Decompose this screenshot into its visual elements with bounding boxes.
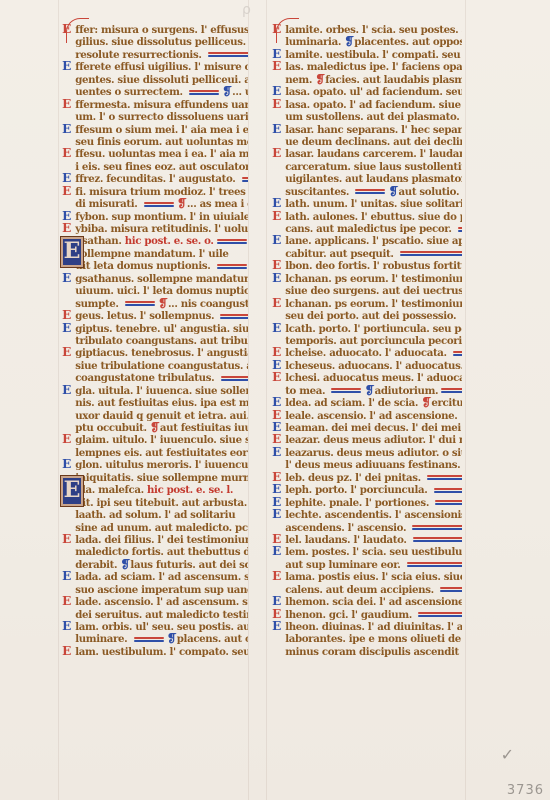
line-text: lasar. hanc separans. l' hec separato. s…: [282, 124, 462, 136]
text-line: E lheon. diuinas. l' ad diuinitas. l' ad: [272, 621, 462, 633]
line-filler-decoration: [453, 351, 462, 356]
text-line: E lcath. porto. l' portiuncula. seu port…: [272, 323, 462, 335]
initial-letter: E: [272, 372, 281, 383]
line-filler-decoration: [217, 239, 247, 244]
initial-letter: E: [62, 459, 71, 470]
initial-letter: E: [62, 211, 71, 222]
line-text: gla. uitula. l' iuuenca. siue sollemp: [72, 385, 248, 397]
illuminated-initial: E: [60, 236, 84, 268]
line-text: lel. laudans. l' laudato.: [282, 534, 410, 546]
line-text: glaim. uitulo. l' iuuenculo. siue sol: [72, 434, 248, 446]
paragraph-mark: ❡: [389, 186, 398, 197]
line-text: calens. aut deum accipiens.: [282, 584, 437, 596]
line-text: seu dei porto. aut dei possessio.: [282, 310, 459, 322]
text-line: E giptus. tenebre. ul' angustia. siue: [62, 323, 248, 335]
line-text: ffesum o sium mei. l' aia mea i ea: [72, 124, 248, 136]
text-line: E lane. applicans. l' pscatio. siue appl…: [272, 235, 462, 247]
line-text: lama. postis eius. l' scia eius. siue as: [282, 571, 462, 583]
line-filler-decoration: [208, 52, 248, 57]
line-text: cabitur. aut psequit.: [282, 248, 397, 260]
line-text: leale. ascensio. l' ad ascensione.: [282, 410, 461, 422]
line-text: sollempne mandatum. l' uile: [72, 248, 229, 260]
text-line: E lade. ascensio. l' ad ascensum. siue: [62, 596, 248, 608]
line-filler-decoration: [440, 587, 462, 592]
line-text: leaman. dei mei decus. l' dei mei pt: [282, 422, 462, 434]
initial-letter: E: [62, 646, 71, 657]
text-line: E lhemon. scia dei. l' ad ascensione.: [272, 596, 462, 608]
ruling-line: [248, 0, 249, 800]
line-filler-decoration: [217, 264, 247, 269]
initial-letter: E: [62, 310, 71, 321]
text-line: aut sup luminare eor.: [272, 559, 462, 571]
paragraph-mark: ❡: [150, 422, 159, 433]
line-text-continued: ❡laus futuris. aut dei scia.: [120, 559, 248, 571]
text-line: gsathan. hic post. e. se. o.: [62, 235, 248, 247]
initial-letter: E: [272, 596, 281, 607]
illuminated-initial: E: [60, 475, 84, 507]
text-line: laath. ad solum. l' ad solitariu: [62, 509, 248, 521]
paragraph-mark: ❡: [177, 198, 186, 209]
text-line: resolute resurrectionis.: [62, 49, 248, 61]
line-text: fi. misura trium modioz. l' trees mo: [72, 186, 248, 198]
rubric: hic post. e. se. l.: [147, 484, 233, 496]
text-line: i eis. seu fines eoz. aut osculatores me…: [62, 161, 248, 173]
line-text: ldea. ad sciam. l' de scia.: [282, 397, 421, 409]
text-line: E lam. uestibulum. l' compato. seu des: [62, 646, 248, 658]
line-filler-decoration: [434, 488, 462, 493]
line-text: lem. postes. l' scia. seu uestibulum: [282, 546, 462, 558]
line-text: i eis. seu fines eoz. aut osculatores me…: [72, 161, 248, 173]
line-text-continued: ❡... uiea.: [219, 86, 248, 98]
line-text: di misurati.: [72, 198, 141, 210]
line-text: gilius. siue dissolutus pelliceus. aut: [72, 36, 248, 48]
line-text: minus coram discipulis ascendit i celu.: [282, 646, 462, 658]
text-line: ascendens. l' ascensio.: [272, 522, 462, 534]
initial-letter: E: [272, 86, 281, 97]
line-text: cans. aut maledictus ipe pecor.: [282, 223, 455, 235]
line-text: lasar. laudans carcerem. l' laudans: [282, 148, 462, 160]
text-line: E lchesi. aduocatus meus. l' aduoca: [272, 372, 462, 384]
line-text: giptiacus. tenebrosus. l' angustiat: [72, 347, 248, 359]
text-line: E lam. orbis. ul' seu. seu postis. aut s…: [62, 621, 248, 633]
line-text: ffesu. uoluntas mea i ea. l' aia mea: [72, 148, 248, 160]
line-text: lephite. pnale. l' portiones.: [282, 497, 432, 509]
text-line: E ybiba. misura retitudinis. l' uolun: [62, 223, 248, 235]
text-line: E fferete effusi uigilius. l' misure o s…: [62, 61, 248, 73]
initial-letter: E: [272, 360, 281, 371]
line-text-continued: ❡placentes. aut oppositi.: [344, 36, 462, 48]
manuscript-leaf: ρ E ffer: misura o surgens. l' effusus u…: [0, 0, 550, 800]
text-line: to mea. ❡adiutorium.: [272, 385, 462, 397]
text-line: di misurati. ❡... as mea i ea.: [62, 198, 248, 210]
line-text-continued: ❡aut festiuitas iuui.: [150, 422, 248, 434]
text-line: E ffrez. fecunditas. l' augustato.: [62, 173, 248, 185]
text-line: luminaria. ❡placentes. aut oppositi.: [272, 36, 462, 48]
line-text: um sustollens. aut dei plasmato.: [282, 111, 462, 123]
initial-letter: E: [62, 223, 71, 234]
line-text: ffermesta. misura effundens uari: [72, 99, 248, 111]
text-line: uigilantes. aut laudans plasmatores: [272, 173, 462, 185]
line-text-continued: ❡adiutorium.: [361, 385, 438, 397]
initial-letter: E: [62, 434, 71, 445]
line-text: lempnes eis. aut festiuitates eorum.: [72, 447, 248, 459]
text-line: sumpte. ❡... nis coangustato.: [62, 298, 248, 310]
text-line: E lamite. uestibula. l' compati. seu des: [272, 49, 462, 61]
text-line: calens. aut deum accipiens.: [272, 584, 462, 596]
initial-letter: E: [272, 472, 281, 483]
text-line: E gsathanus. sollempne mandatum: [62, 273, 248, 285]
text-line: E fi. misura trium modioz. l' trees mo: [62, 186, 248, 198]
initial-letter: E: [272, 99, 281, 110]
line-text-continued: ❡... nis coangustato.: [155, 298, 248, 310]
line-text: lheon. diuinas. l' ad diuinitas. l' ad: [282, 621, 462, 633]
initial-letter: E: [272, 609, 281, 620]
line-text: lechte. ascendentis. l' ascensionis. su: [282, 509, 462, 521]
line-filler-decoration: [441, 388, 462, 393]
line-text: lhemon. scia dei. l' ad ascensione.: [282, 596, 462, 608]
line-text: aut sup luminare eor.: [282, 559, 404, 571]
line-filler-decoration: [221, 376, 249, 381]
initial-letter: E: [62, 61, 71, 72]
line-text: lbon. deo fortis. l' robustus fortitudie…: [282, 260, 462, 272]
line-text: luminare.: [72, 633, 131, 645]
ascender-flourish: [276, 18, 299, 43]
text-line: E lephite. pnale. l' portiones.: [272, 497, 462, 509]
line-text: dei seruitus. aut maledicto testimoniu.: [72, 609, 248, 621]
text-line: E lama. postis eius. l' scia eius. siue …: [272, 571, 462, 583]
initial-letter: E: [62, 323, 71, 334]
line-text: nis. aut festiuitas eius. ipa est michol…: [72, 397, 248, 409]
line-text: fybon. sup montium. l' in uiuiale: [72, 211, 248, 223]
line-text: geus. letus. l' sollempnus.: [72, 310, 217, 322]
text-line: l' deus meus adiuuans festinans.: [272, 459, 462, 471]
line-filler-decoration: [400, 251, 462, 256]
line-text: ffrez. fecunditas. l' augustato.: [72, 173, 239, 185]
text-line: uiuum. uici. l' leta domus nuptionis af: [62, 285, 248, 297]
initial-letter: E: [62, 186, 71, 197]
text-line: E lel. laudans. l' laudato.: [272, 534, 462, 546]
initial-letter: E: [272, 397, 281, 408]
initial-letter: E: [272, 323, 281, 334]
line-text: sumpte.: [72, 298, 122, 310]
line-text: derabit.: [72, 559, 120, 571]
initial-letter: E: [62, 347, 71, 358]
text-line: E ffesu. uoluntas mea i ea. l' aia mea: [62, 148, 248, 160]
text-line: E ffesum o sium mei. l' aia mea i ea: [62, 124, 248, 136]
text-line: sine ad unum. aut maledicto. pci.: [62, 522, 248, 534]
right-column: E lamite. orbes. l' scia. seu postes. au…: [272, 24, 462, 658]
paragraph-mark: ❡: [222, 86, 231, 97]
line-text: uxor dauid q genuit et ietra. aui. cui: [72, 410, 248, 422]
paragraph-mark: ❡: [421, 397, 430, 408]
text-line: nem. ❡facies. aut laudabis plasmato.: [272, 74, 462, 86]
line-text: l' deus meus adiuuans festinans.: [282, 459, 462, 471]
initial-letter: E: [272, 484, 281, 495]
line-filler-decoration: [412, 525, 462, 530]
line-text: gentes. siue dissoluti pelliceui. aut re…: [72, 74, 248, 86]
line-text: nem.: [282, 74, 315, 86]
text-line: sollempne mandatum. l' uile: [62, 248, 248, 260]
text-line: E leaman. dei mei decus. l' dei mei pt: [272, 422, 462, 434]
line-text: coangustatone tribulatus.: [72, 372, 218, 384]
line-text: suo ascione imperatum sup uanc.: [72, 584, 248, 596]
ruling-line: [266, 0, 267, 800]
line-text: uit leta domus nuptionis.: [72, 260, 214, 272]
text-line: E leazar. deus meus adiutor. l' dui mei: [272, 434, 462, 446]
left-column: E ffer: misura o surgens. l' effusus ui …: [62, 24, 248, 658]
text-line: nis. aut festiuitas eius. ipa est michol…: [62, 397, 248, 409]
text-line: carceratum. siue laus sustollentium: [272, 161, 462, 173]
initial-letter: E: [272, 211, 281, 222]
text-line: E glon. uitulus meroris. l' iuuencus: [62, 459, 248, 471]
initial-letter: E: [62, 596, 71, 607]
line-text: lchanan. ps eorum. l' testimonium eoru.: [282, 298, 462, 310]
text-line: cans. aut maledictus ipe pecor.: [272, 223, 462, 235]
line-text: lada. ad sciam. l' ad ascensum. seu: [72, 571, 248, 583]
text-line: iniquitatis. siue sollempne murmur: [62, 472, 248, 484]
text-line: E ffer: misura o surgens. l' effusus ui: [62, 24, 248, 36]
line-filler-decoration: [242, 177, 248, 182]
text-line: temporis. aut porciuncula pecoris.: [272, 335, 462, 347]
line-text: lath. aulones. l' ebuttus. siue do per: [282, 211, 462, 223]
line-text: lasa. opato. l' ad faciendum. siue de: [282, 99, 462, 111]
ruling-line: [465, 0, 466, 800]
line-filler-decoration: [220, 314, 248, 319]
line-text: um. l' o surrecto dissoluens uarietate: [72, 111, 248, 123]
initial-letter: E: [272, 49, 281, 60]
initial-letter: E: [62, 534, 71, 545]
line-text-continued: ❡placens. aut opposito.: [164, 633, 248, 645]
initial-letter: E: [272, 621, 281, 632]
line-text: maledicto fortis. aut thebuttus dsi: [72, 546, 248, 558]
line-text: to mea.: [282, 385, 328, 397]
initial-letter: E: [62, 124, 71, 135]
initial-letter: E: [272, 124, 281, 135]
initial-letter: E: [272, 235, 281, 246]
text-line: E ffermesta. misura effundens uari: [62, 99, 248, 111]
text-line: um sustollens. aut dei plasmato.: [272, 111, 462, 123]
text-line: gilius. siue dissolutus pelliceus. aut: [62, 36, 248, 48]
line-text: glon. uitulus meroris. l' iuuencus: [72, 459, 248, 471]
line-text-continued: ❡facies. aut laudabis plasmato.: [315, 74, 462, 86]
initial-letter: E: [272, 546, 281, 557]
line-text: lcheseus. aduocans. l' aduocatus.: [282, 360, 462, 372]
line-text: lcheise. aduocato. l' aduocata.: [282, 347, 450, 359]
initial-letter: E: [272, 509, 281, 520]
line-text: lcath. porto. l' portiuncula. seu porto: [282, 323, 462, 335]
line-text: leazarus. deus meus adiutor. o siu: [282, 447, 462, 459]
initial-letter: E: [272, 260, 281, 271]
line-text-continued: ❡aut solutio.: [385, 186, 459, 198]
text-line: siue deo surgens. aut dei uectrus.: [272, 285, 462, 297]
pencil-check-mark: ✓: [501, 745, 514, 764]
text-line: uit leta domus nuptionis.: [62, 260, 248, 272]
initial-letter: E: [272, 347, 281, 358]
line-text: temporis. aut porciuncula pecoris.: [282, 335, 462, 347]
line-text: ue deum declinans. aut dei declinatio.: [282, 136, 462, 148]
text-line: cabitur. aut psequit.: [272, 248, 462, 260]
text-line: E lasar. laudans carcerem. l' laudans: [272, 148, 462, 160]
text-line: derabit. ❡laus futuris. aut dei scia.: [62, 559, 248, 571]
line-text: leb. deus pz. l' dei pnitas.: [282, 472, 424, 484]
text-line: E ldea. ad sciam. l' de scia. ❡ercitudo: [272, 397, 462, 409]
text-line: E lath. unum. l' unitas. siue solitarius…: [272, 198, 462, 210]
line-text: siue deo surgens. aut dei uectrus.: [282, 285, 462, 297]
line-filler-decoration: [413, 537, 462, 542]
line-text: gsathanus. sollempne mandatum: [72, 273, 248, 285]
line-text: lam. uestibulum. l' compato. seu des: [72, 646, 248, 658]
paragraph-mark: ❡: [158, 298, 167, 309]
line-text: resolute resurrectionis.: [72, 49, 205, 61]
text-line: laborantes. ipe e mons oliueti de q do: [272, 633, 462, 645]
line-text: iniquitatis. siue sollempne murmur: [72, 472, 248, 484]
paragraph-mark: ❡: [120, 559, 129, 570]
line-text: las. maledictus ipe. l' faciens opato: [282, 61, 462, 73]
text-line: coangustatone tribulatus.: [62, 372, 248, 384]
line-text: uit. ipi seu titebuit. aut arbusta.: [72, 497, 247, 509]
line-text: ptu occubuit.: [72, 422, 150, 434]
initial-letter: E: [272, 534, 281, 545]
initial-letter: E: [272, 273, 281, 284]
line-filler-decoration: [418, 612, 462, 617]
faint-mark: ρ: [242, 2, 251, 18]
line-filler-decoration: [458, 227, 462, 232]
line-text-continued: ❡ercitudo: [421, 397, 462, 409]
initial-letter: E: [62, 571, 71, 582]
text-line: luminare. ❡placens. aut opposito.: [62, 633, 248, 645]
line-text: lamite. orbes. l' scia. seu postes. aut …: [282, 24, 462, 36]
line-text: siue tribulatione coangustatus. aut: [72, 360, 248, 372]
line-text: leazar. deus meus adiutor. l' dui mei: [282, 434, 462, 446]
initial-letter: E: [272, 447, 281, 458]
text-line: um. l' o surrecto dissoluens uarietate: [62, 111, 248, 123]
paragraph-mark: ❡: [365, 385, 374, 396]
line-text: ascendens. l' ascensio.: [282, 522, 409, 534]
text-line: maledicto fortis. aut thebuttus dsi: [62, 546, 248, 558]
text-line: gla. malefca. hic post. e. se. l.: [62, 484, 248, 496]
text-line: dei seruitus. aut maledicto testimoniu.: [62, 609, 248, 621]
paragraph-mark: ❡: [167, 633, 176, 644]
line-filler-decoration: [427, 475, 462, 480]
text-line: E giptiacus. tenebrosus. l' angustiat: [62, 347, 248, 359]
initial-letter: E: [62, 173, 71, 184]
line-text: lane. applicans. l' pscatio. siue appli: [282, 235, 462, 247]
text-line: E lada. dei filius. l' dei testimonium. …: [62, 534, 248, 546]
line-text: seu finis eorum. aut uoluntas mea: [72, 136, 248, 148]
text-line: minus coram discipulis ascendit i celu.: [272, 646, 462, 658]
text-line: E leph. porto. l' porciuncula.: [272, 484, 462, 496]
text-line: E glaim. uitulo. l' iuuenculo. siue sol: [62, 434, 248, 446]
paragraph-mark: ❡: [315, 74, 324, 85]
initial-letter: E: [272, 198, 281, 209]
line-text: uigilantes. aut laudans plasmatores: [282, 173, 462, 185]
line-text: lade. ascensio. l' ad ascensum. siue: [72, 596, 248, 608]
initial-letter: E: [62, 273, 71, 284]
line-text: lasa. opato. ul' ad faciendum. seu laude: [282, 86, 462, 98]
text-line: E lasar. hanc separans. l' hec separato.…: [272, 124, 462, 136]
initial-letter: E: [272, 571, 281, 582]
text-line: E lechte. ascendentis. l' ascensionis. s…: [272, 509, 462, 521]
line-filler-decoration: [331, 388, 361, 393]
text-line: E geus. letus. l' sollempnus.: [62, 310, 248, 322]
text-line: tribulato coangustans. aut tribulato.: [62, 335, 248, 347]
line-text: tribulato coangustans. aut tribulato.: [72, 335, 248, 347]
initial-letter: E: [62, 385, 71, 396]
text-line: siue tribulatione coangustatus. aut: [62, 360, 248, 372]
text-line: E lada. ad sciam. l' ad ascensum. seu: [62, 571, 248, 583]
initial-letter: E: [272, 298, 281, 309]
paragraph-mark: ❡: [344, 36, 353, 47]
line-text: lchanan. ps eorum. l' testimonium eor: [282, 273, 462, 285]
line-text-continued: ❡... as mea i ea.: [174, 198, 248, 210]
initial-letter: E: [272, 61, 281, 72]
line-text: laath. ad solum. l' ad solitariu: [72, 509, 235, 521]
text-line: E lcheseus. aduocans. l' aduocatus.: [272, 360, 462, 372]
initial-letter: E: [272, 434, 281, 445]
text-line: E lbon. deo fortis. l' robustus fortitud…: [272, 260, 462, 272]
line-filler-decoration: [134, 637, 164, 642]
initial-letter: E: [62, 99, 71, 110]
text-line: E las. maledictus ipe. l' faciens opato: [272, 61, 462, 73]
text-line: E lem. postes. l' scia. seu uestibulum: [272, 546, 462, 558]
line-text: laborantes. ipe e mons oliueti de q do: [282, 633, 462, 645]
initial-letter: E: [62, 621, 71, 632]
line-text: suscitantes.: [282, 186, 352, 198]
text-line: E lchanan. ps eorum. l' testimonium eor: [272, 273, 462, 285]
pencil-shelfmark: 3736: [507, 783, 544, 798]
text-line: gentes. siue dissoluti pelliceui. aut re…: [62, 74, 248, 86]
line-text: giptus. tenebre. ul' angustia. siue: [72, 323, 248, 335]
initial-letter: E: [272, 497, 281, 508]
text-line: E lcheise. aduocato. l' aduocata.: [272, 347, 462, 359]
text-line: uxor dauid q genuit et ietra. aui. cui: [62, 410, 248, 422]
ascender-flourish: [66, 18, 89, 43]
line-filler-decoration: [355, 189, 385, 194]
initial-letter: E: [272, 422, 281, 433]
ruling-line: [58, 0, 59, 800]
line-text: uiuum. uici. l' leta domus nuptionis af: [72, 285, 248, 297]
text-line: E gla. uitula. l' iuuenca. siue sollemp: [62, 385, 248, 397]
line-text: sine ad unum. aut maledicto. pci.: [72, 522, 248, 534]
text-line: seu finis eorum. aut uoluntas mea: [62, 136, 248, 148]
text-line: E lasa. opato. l' ad faciendum. siue de: [272, 99, 462, 111]
text-line: ptu occubuit. ❡aut festiuitas iuui.: [62, 422, 248, 434]
text-line: E fybon. sup montium. l' in uiuiale: [62, 211, 248, 223]
text-line: seu dei porto. aut dei possessio.: [272, 310, 462, 322]
text-line: E lath. aulones. l' ebuttus. siue do per: [272, 211, 462, 223]
initial-letter: E: [62, 148, 71, 159]
line-text: uentes o surrectem.: [72, 86, 186, 98]
text-line: E lhenon. gci. l' gaudium.: [272, 609, 462, 621]
line-text: ffer: misura o surgens. l' effusus ui: [72, 24, 248, 36]
line-text: fferete effusi uigilius. l' misure o sur: [72, 61, 248, 73]
line-filler-decoration: [435, 500, 462, 505]
text-line: suscitantes. ❡aut solutio.: [272, 186, 462, 198]
line-text: lamite. uestibula. l' compati. seu des: [282, 49, 462, 61]
text-line: ue deum declinans. aut dei declinatio.: [272, 136, 462, 148]
text-line: uit. ipi seu titebuit. aut arbusta.: [62, 497, 248, 509]
text-line: E lasa. opato. ul' ad faciendum. seu lau…: [272, 86, 462, 98]
initial-letter: E: [272, 148, 281, 159]
initial-letter: E: [272, 410, 281, 421]
rubric: hic post. e. se. o.: [125, 235, 214, 247]
line-text: ybiba. misura retitudinis. l' uolun: [72, 223, 248, 235]
text-line: E lchanan. ps eorum. l' testimonium eoru…: [272, 298, 462, 310]
line-text: lath. unum. l' unitas. siue solitarius.: [282, 198, 462, 210]
text-line: suo ascione imperatum sup uanc.: [62, 584, 248, 596]
line-text: carceratum. siue laus sustollentium: [282, 161, 462, 173]
text-line: lempnes eis. aut festiuitates eorum.: [62, 447, 248, 459]
